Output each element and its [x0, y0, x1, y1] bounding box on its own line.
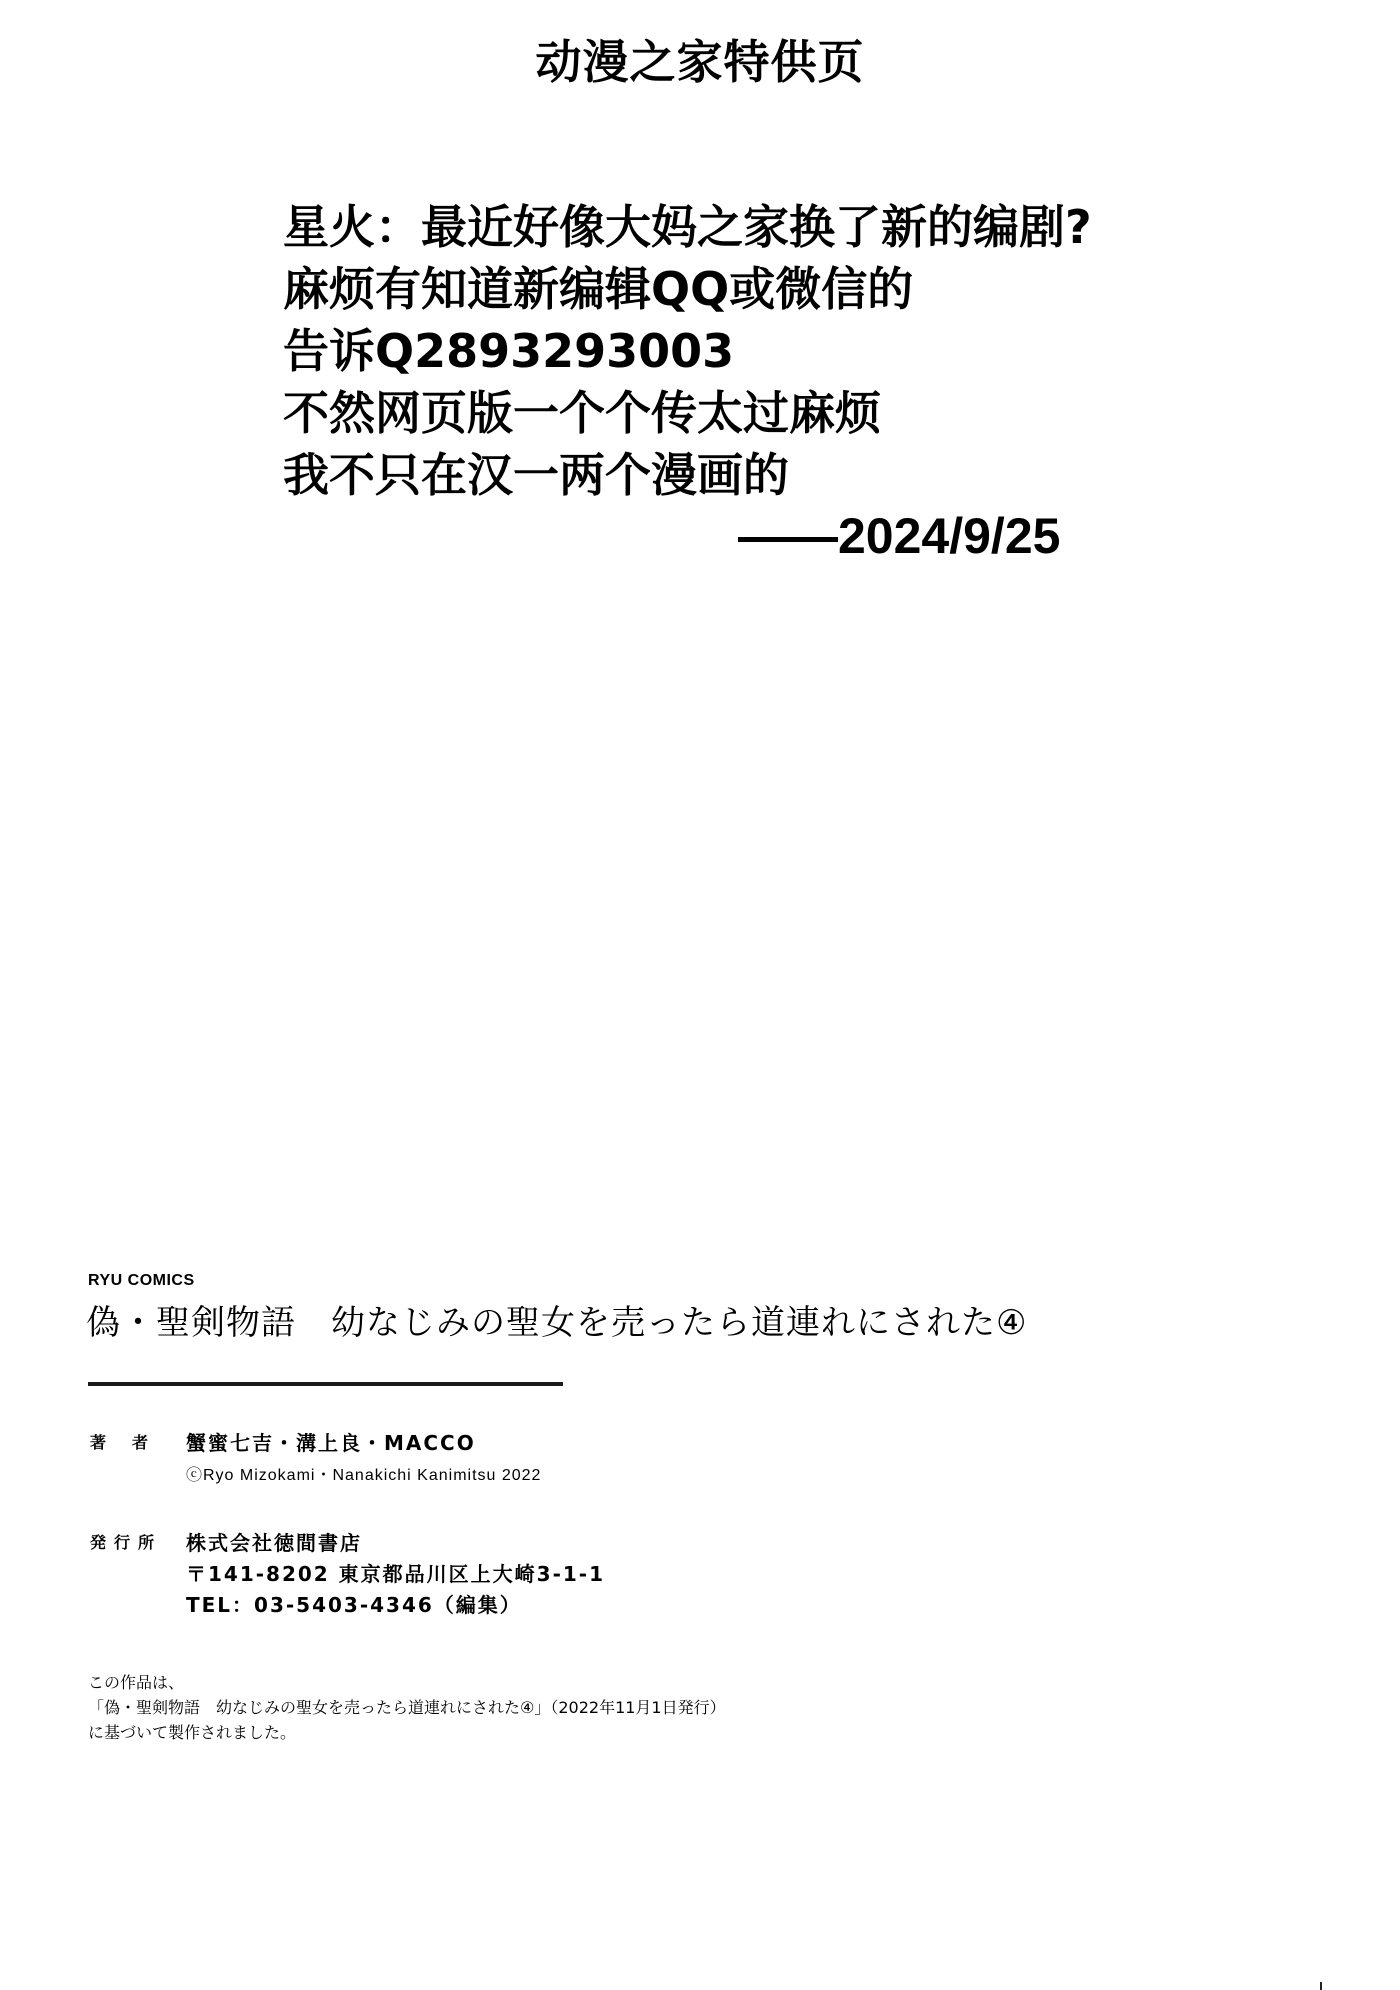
publisher-name: 株式会社徳間書店 [186, 1527, 362, 1556]
publisher-phone: TEL：03-5403-4346（編集） [186, 1589, 522, 1618]
page-header-title: 动漫之家特供页 [0, 32, 1400, 92]
notice-line: 麻烦有知道新编辑QQ或微信的 [283, 258, 1092, 320]
notice-line: 不然网页版一个个传太过麻烦 [283, 382, 1092, 444]
footnote-line: 「偽・聖剣物語 幼なじみの聖女を売ったら道連れにされた④」（2022年11月1日… [88, 1695, 726, 1720]
copyright-notice: ⓒRyo Mizokami・Nanakichi Kanimitsu 2022 [186, 1462, 541, 1485]
publisher-label: 発行所 [90, 1530, 162, 1553]
crop-mark [1320, 1982, 1322, 1990]
book-title: 偽・聖剣物語 幼なじみの聖女を売ったら道連れにされた④ [86, 1298, 1027, 1348]
notice-block: 星火：最近好像大妈之家换了新的编剧? 麻烦有知道新编辑QQ或微信的 告诉Q289… [283, 196, 1092, 506]
footnote-line: この作品は、 [88, 1670, 726, 1695]
publisher-address: 〒141-8202 東京都品川区上大崎3-1-1 [186, 1558, 605, 1587]
footnote-line: に基づいて製作されました。 [88, 1720, 726, 1745]
divider-rule [88, 1382, 563, 1386]
notice-line: 告诉Q2893293003 [283, 320, 1092, 382]
author-label: 著者 [90, 1430, 174, 1453]
imprint-label: RYU COMICS [88, 1272, 195, 1290]
notice-line: 星火：最近好像大妈之家换了新的编剧? [283, 196, 1092, 258]
source-footnote: この作品は、 「偽・聖剣物語 幼なじみの聖女を売ったら道連れにされた④」（202… [88, 1670, 726, 1745]
notice-signature-date: ——2024/9/25 [738, 504, 1060, 568]
author-names: 蟹蜜七吉・溝上良・MACCO [186, 1427, 476, 1456]
notice-line: 我不只在汉一两个漫画的 [283, 444, 1092, 506]
